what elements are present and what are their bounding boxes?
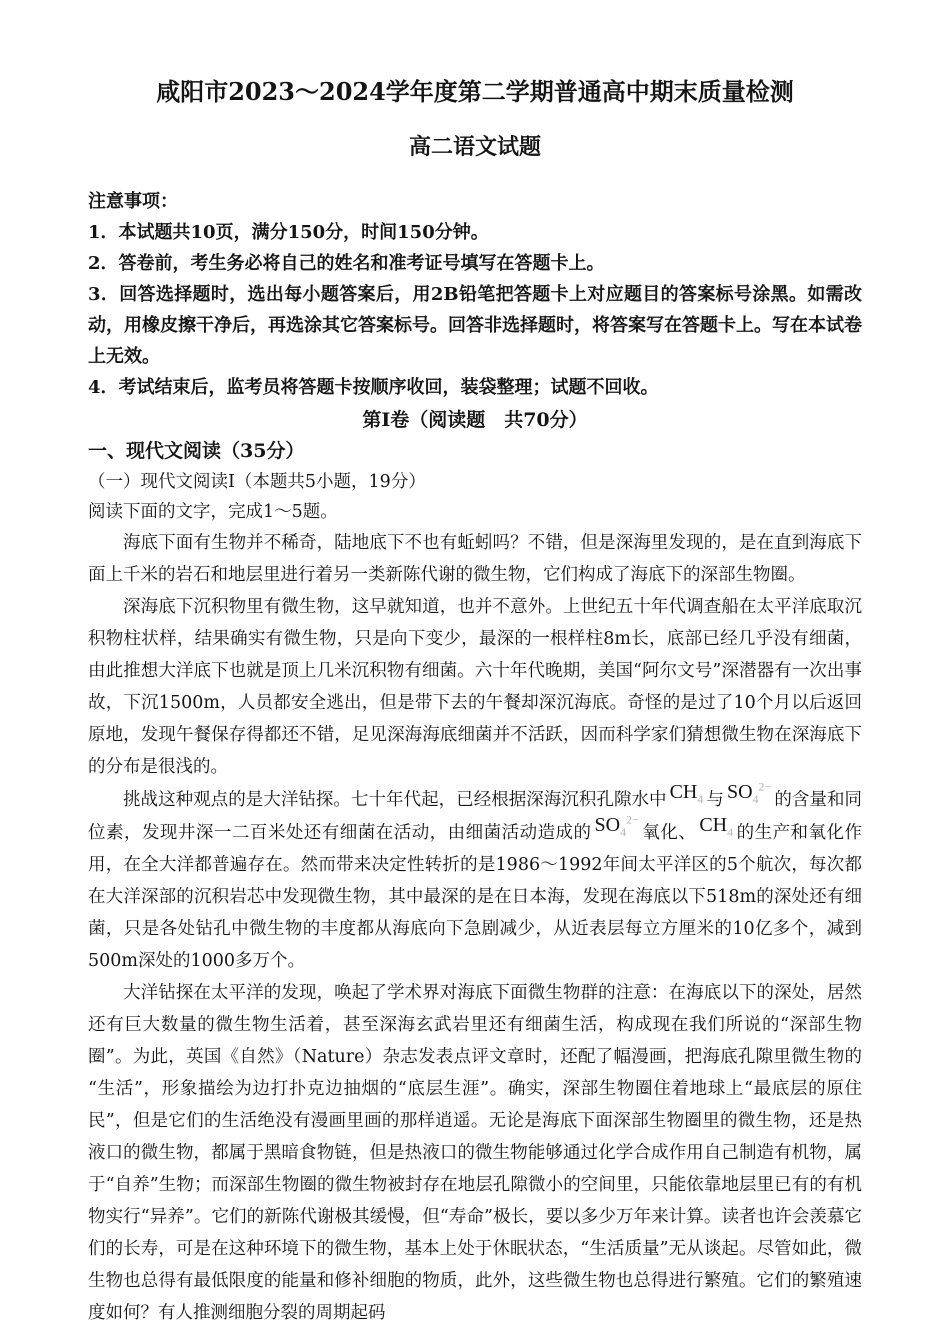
passage-text-segment: 与 — [706, 790, 724, 810]
notice-item-1: 1．本试题共10页，满分150分，时间150分钟。 — [88, 217, 862, 248]
formula-superscript: 2− — [626, 812, 639, 826]
passage-paragraph-2: 深海底下沉积物里有微生物，这早就知道，也并不意外。上世纪五十年代调查船在太平洋底… — [88, 591, 862, 783]
passage-text-segment: 挑战这种观点的是大洋钻探。七十年代起，已经根据深海沉积孔隙水中 — [123, 790, 667, 810]
exam-document-page: 咸阳市2023～2024学年度第二学期普通高中期末质量检测 高二语文试题 注意事… — [0, 0, 950, 1344]
exam-subtitle: 高二语文试题 — [88, 132, 862, 162]
formula-subscript: 4 — [727, 825, 733, 839]
formula-base: CH — [699, 814, 727, 836]
formula-superscript: 2− — [759, 779, 772, 793]
passage-text-segment: 的生产和氧化作用，在全大洋都普遍存在。然而带来决定性转折的是1986～1992年… — [88, 823, 862, 971]
reading-instruction: 阅读下面的文字，完成1～5题。 — [88, 497, 862, 527]
passage-paragraph-4: 大洋钻探在太平洋的发现，唤起了学术界对海底下面微生物群的注意：在海底以下的深处，… — [88, 977, 862, 1329]
formula-base: CH — [670, 781, 698, 803]
part1-header: 一、现代文阅读（35分） — [88, 436, 862, 467]
formula-subscript: 4 — [753, 792, 759, 806]
passage-paragraph-1: 海底下面有生物并不稀奇，陆地底下不也有蚯蚓吗？不错，但是深海里发现的，是在直到海… — [88, 527, 862, 591]
notice-item-3: 3．回答选择题时，选出每小题答案后，用2B铅笔把答题卡上对应题目的答案标号涂黑。… — [88, 279, 862, 372]
volume1-header: 第Ⅰ卷（阅读题 共70分） — [88, 405, 862, 436]
formula-so4: SO42− — [592, 814, 642, 836]
notice-section: 注意事项： 1．本试题共10页，满分150分，时间150分钟。 2．答卷前，考生… — [88, 186, 862, 403]
formula-subscript: 4 — [620, 825, 626, 839]
part1-subheader: （一）现代文阅读Ⅰ（本题共5小题，19分） — [88, 467, 862, 497]
passage-text-segment: 氧化、 — [642, 823, 696, 843]
formula-ch4: CH4 — [696, 814, 736, 836]
notice-item-2: 2．答卷前，考生务必将自己的姓名和准考证号填写在答题卡上。 — [88, 248, 862, 279]
formula-base: SO — [727, 781, 753, 803]
notice-heading: 注意事项： — [88, 186, 862, 217]
formula-base: SO — [595, 814, 621, 836]
passage-paragraph-3: 挑战这种观点的是大洋钻探。七十年代起，已经根据深海沉积孔隙水中CH4与SO42−… — [88, 783, 862, 977]
formula-ch4: CH4 — [667, 781, 707, 803]
formula-so4: SO42− — [724, 781, 774, 803]
formula-subscript: 4 — [697, 792, 703, 806]
exam-title: 咸阳市2023～2024学年度第二学期普通高中期末质量检测 — [88, 76, 862, 108]
reading-passage: 海底下面有生物并不稀奇，陆地底下不也有蚯蚓吗？不错，但是深海里发现的，是在直到海… — [88, 527, 862, 1329]
notice-item-4: 4．考试结束后，监考员将答题卡按顺序收回，装袋整理；试题不回收。 — [88, 372, 862, 403]
